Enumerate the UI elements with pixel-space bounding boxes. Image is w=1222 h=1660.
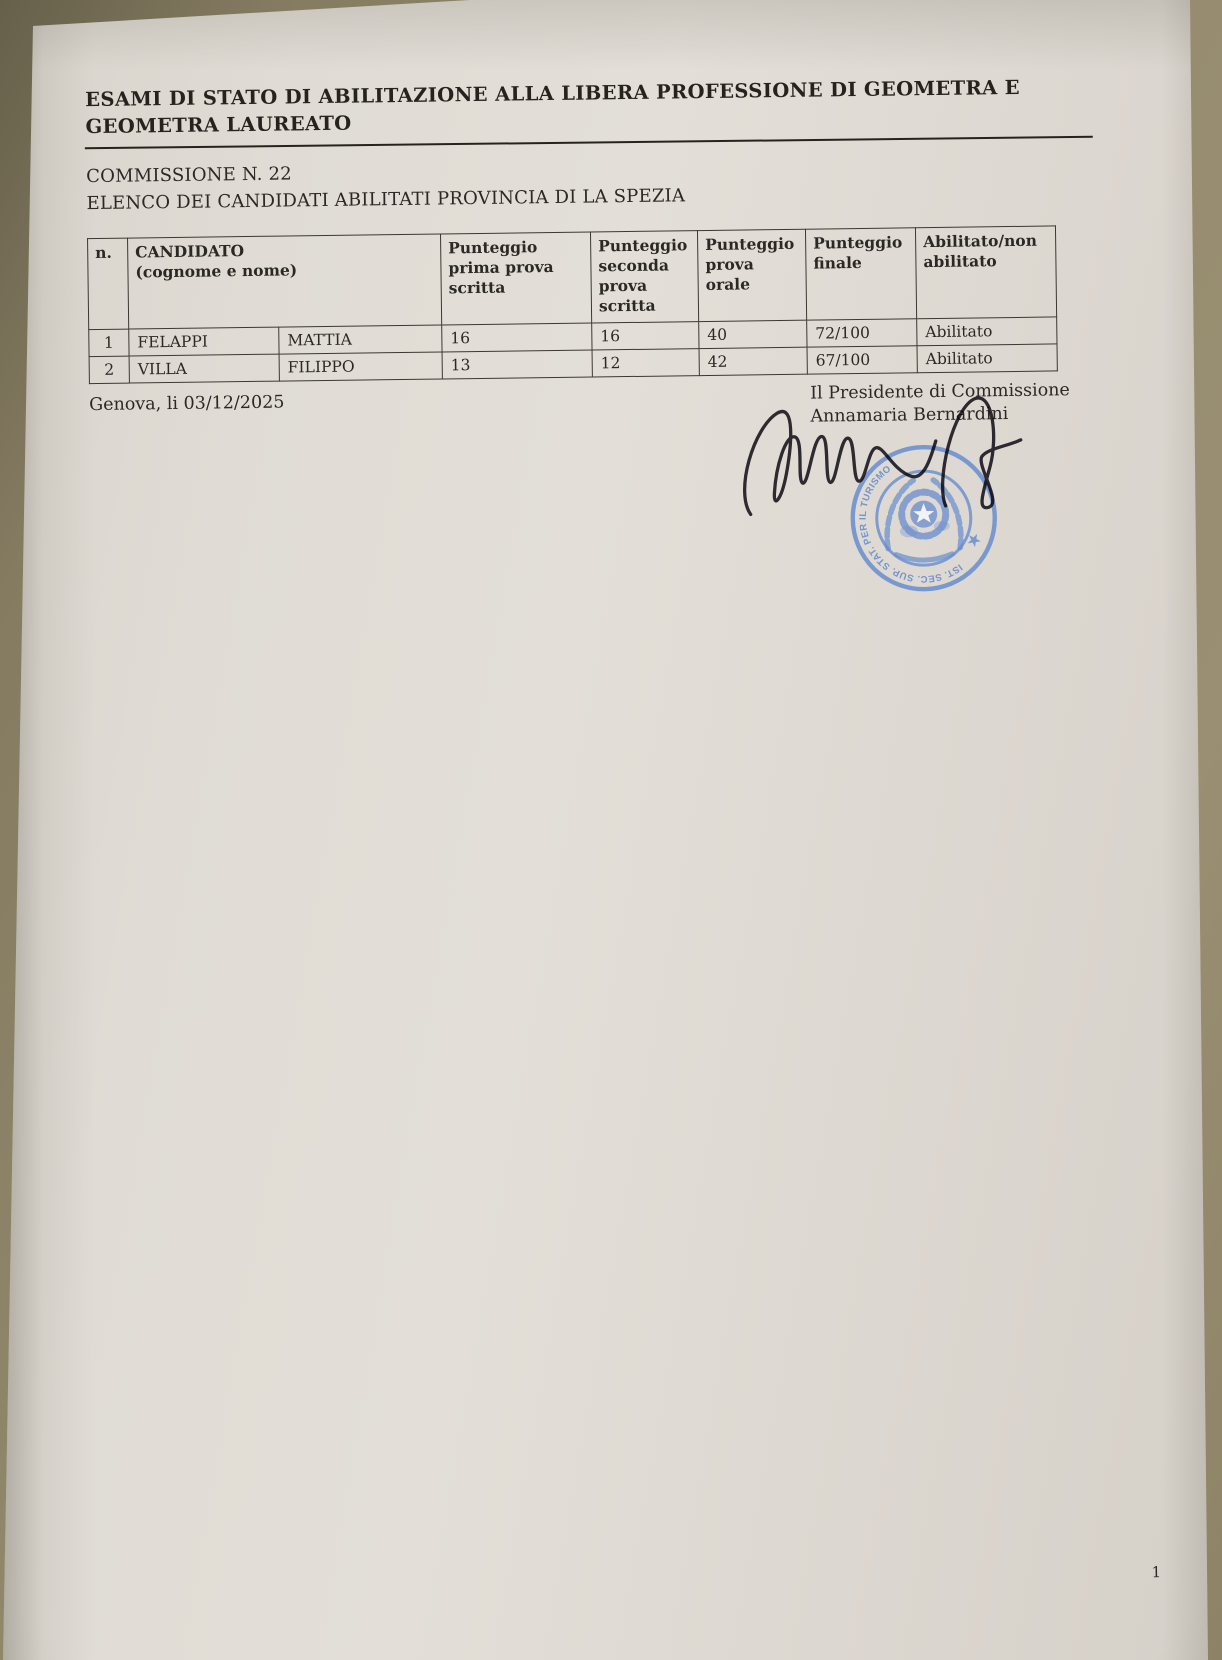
results-table: n. CANDIDATO (cognome e nome) Punteggio … bbox=[87, 225, 1058, 384]
document-title: ESAMI DI STATO DI ABILITAZIONE ALLA LIBE… bbox=[85, 73, 1116, 140]
document-content: ESAMI DI STATO DI ABILITAZIONE ALLA LIBE… bbox=[0, 0, 1222, 1660]
cell-firstname: FILIPPO bbox=[279, 352, 442, 381]
place-date: Genova, li 03/12/2025 bbox=[89, 393, 284, 416]
header-n: n. bbox=[88, 238, 129, 330]
cell-number: 2 bbox=[89, 356, 129, 384]
cell-number: 1 bbox=[89, 329, 129, 357]
header-candidate: CANDIDATO (cognome e nome) bbox=[128, 234, 442, 329]
cell-oral-score: 42 bbox=[699, 347, 807, 375]
scan-background: ESAMI DI STATO DI ABILITAZIONE ALLA LIBE… bbox=[0, 0, 1222, 1660]
cell-result: Abilitato bbox=[917, 344, 1057, 373]
cell-first-written-score: 13 bbox=[442, 350, 592, 379]
list-heading: ELENCO DEI CANDIDATI ABILITATI PROVINCIA… bbox=[86, 185, 685, 214]
page-number: 1 bbox=[1151, 1563, 1161, 1581]
header-qualified: Abilitato/non abilitato bbox=[915, 226, 1056, 319]
header-second-written-score: Punteggio seconda prova scritta bbox=[590, 231, 698, 323]
cell-first-written-score: 16 bbox=[442, 323, 592, 352]
header-oral-score: Punteggio prova orale bbox=[697, 229, 806, 321]
signature-stroke bbox=[744, 410, 937, 515]
header-final-score: Punteggio finale bbox=[805, 228, 916, 320]
signature-stroke bbox=[941, 397, 1021, 508]
commission-heading: COMMISSIONE N. 22 bbox=[86, 163, 292, 187]
president-signature bbox=[725, 390, 1047, 544]
cell-surname: VILLA bbox=[129, 354, 279, 383]
cell-firstname: MATTIA bbox=[279, 325, 442, 354]
cell-oral-score: 40 bbox=[699, 320, 807, 348]
title-line-1: ESAMI DI STATO DI ABILITAZIONE ALLA LIBE… bbox=[85, 76, 1020, 111]
cell-second-written-score: 16 bbox=[592, 322, 699, 350]
cell-final-score: 67/100 bbox=[807, 346, 917, 374]
cell-second-written-score: 12 bbox=[592, 349, 699, 377]
header-first-written-score: Punteggio prima prova scritta bbox=[441, 232, 592, 325]
cell-final-score: 72/100 bbox=[807, 319, 917, 347]
title-line-2: GEOMETRA LAUREATO bbox=[85, 112, 351, 138]
cell-surname: FELAPPI bbox=[129, 327, 279, 356]
cell-result: Abilitato bbox=[917, 317, 1057, 346]
table-header-row: n. CANDIDATO (cognome e nome) Punteggio … bbox=[88, 226, 1057, 330]
